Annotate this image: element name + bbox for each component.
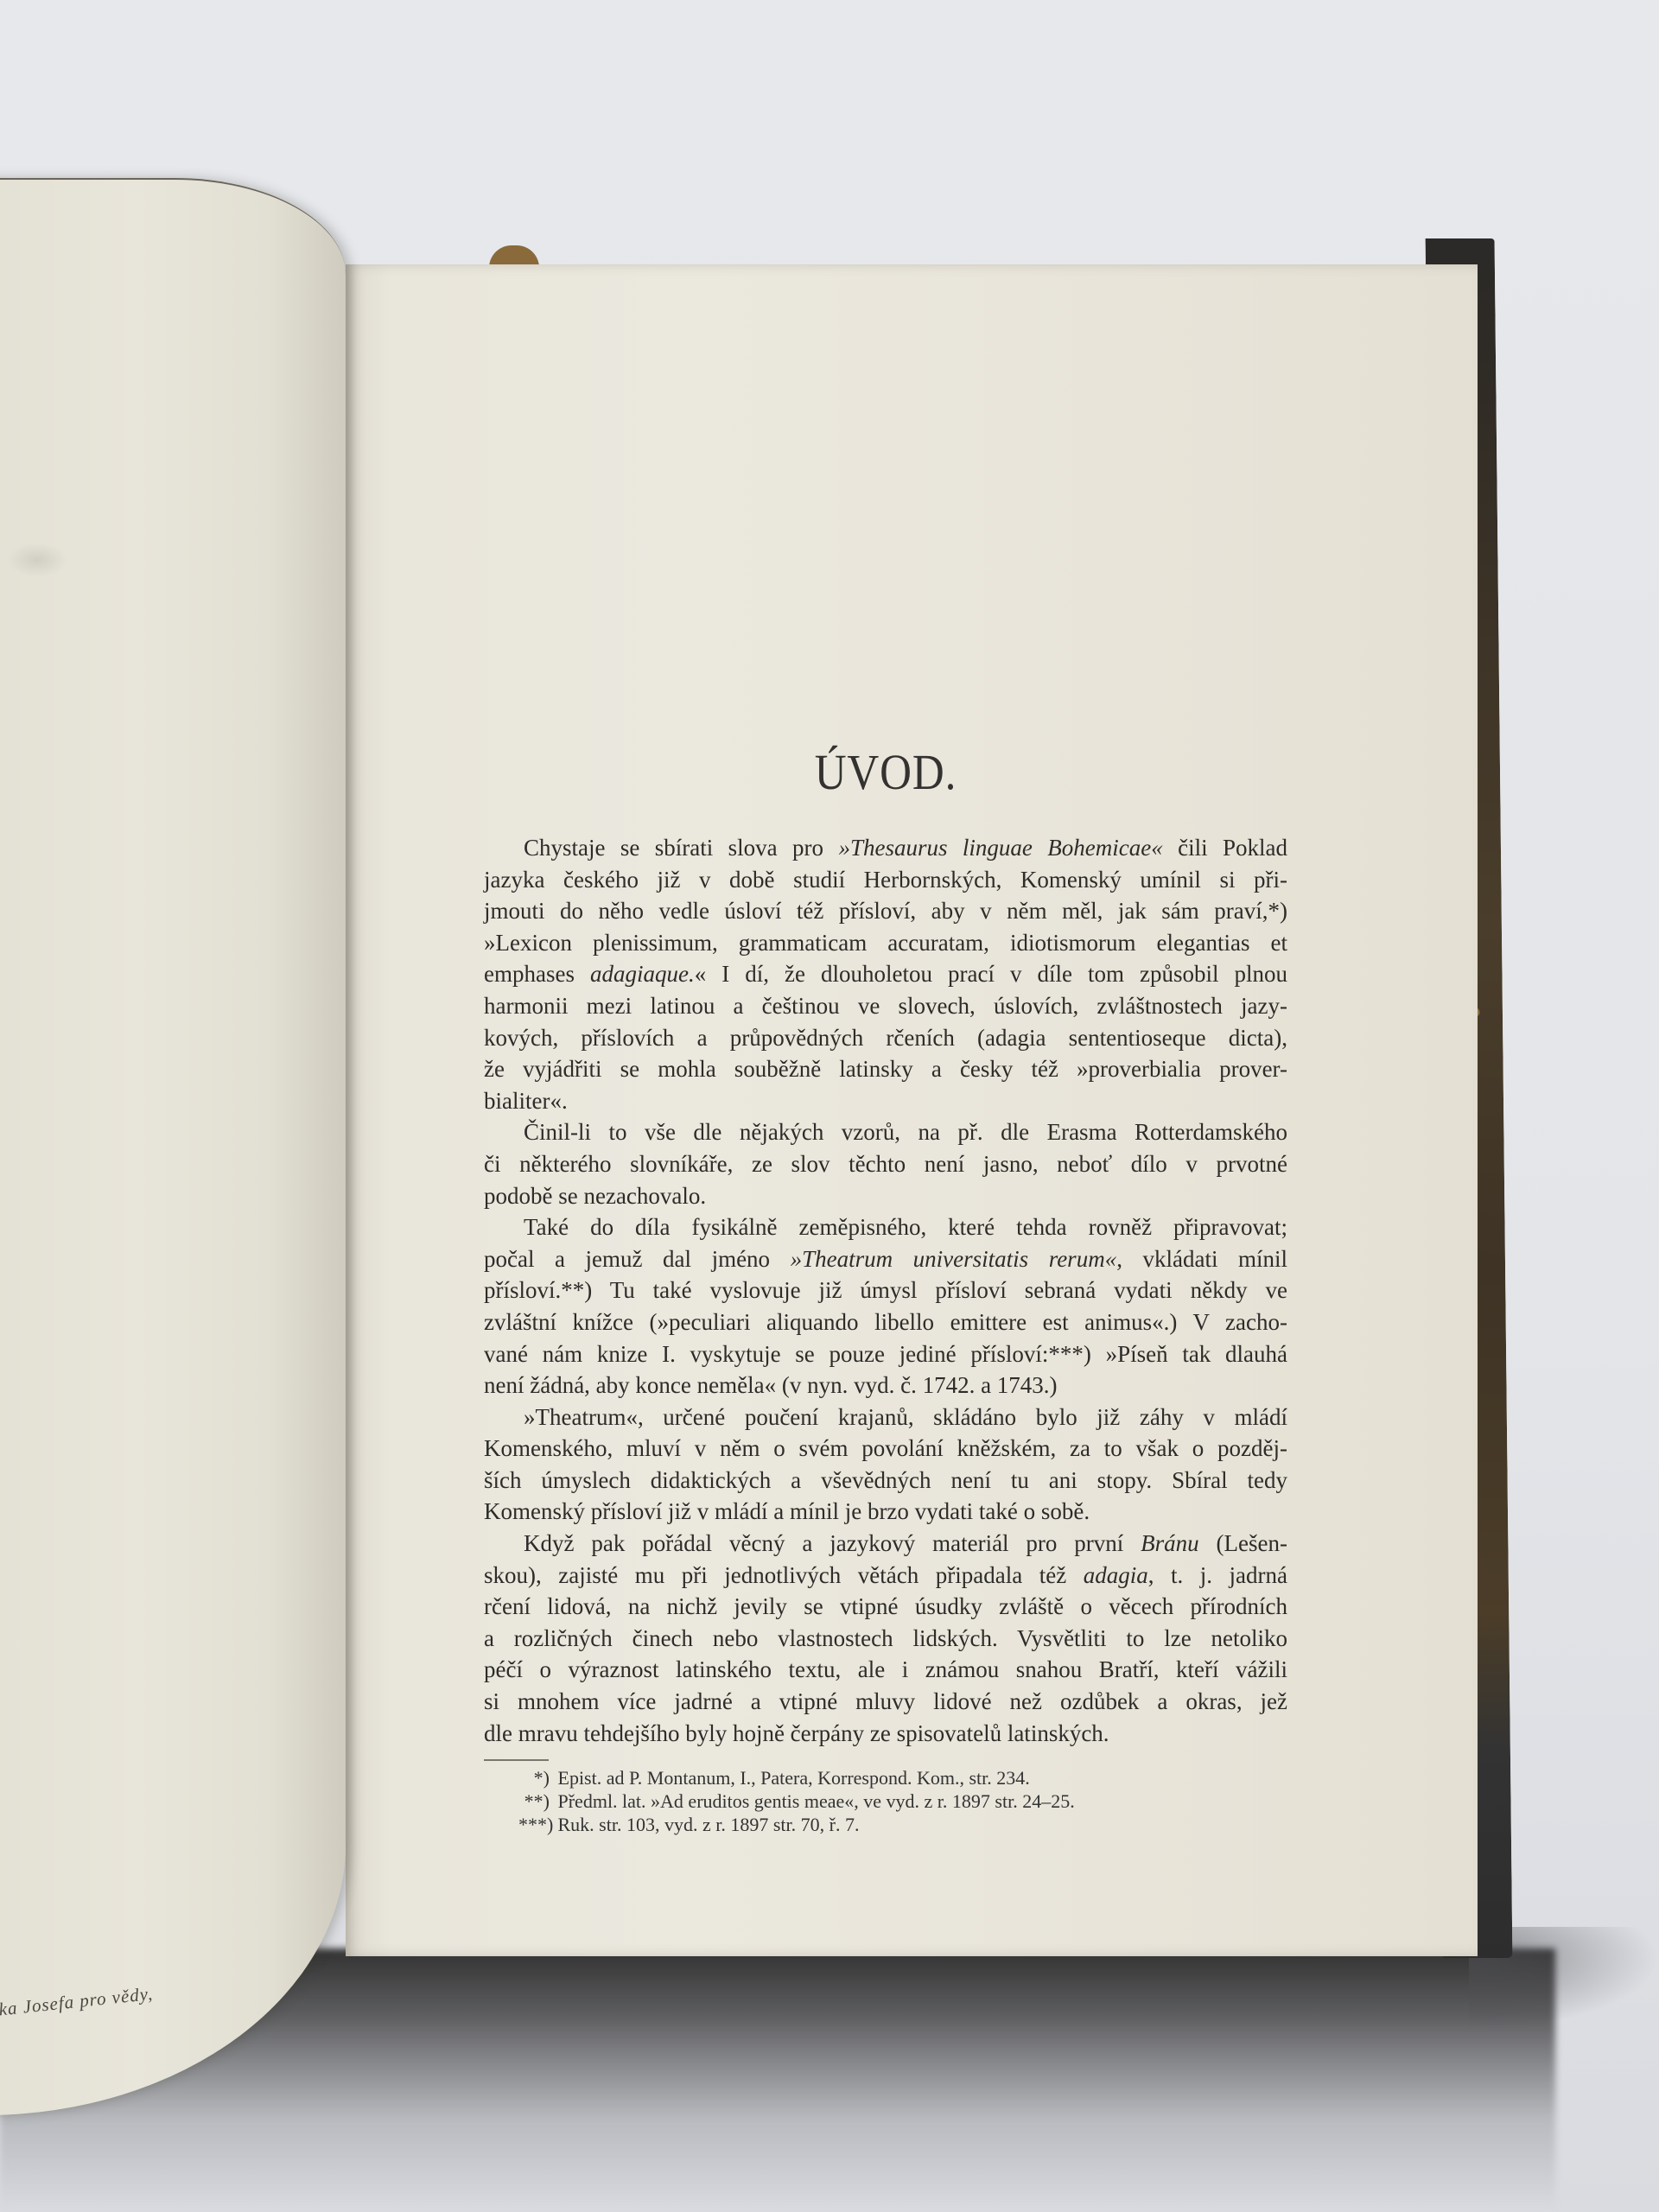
paragraph: Když pak pořádal věcný a jazykový materi… — [484, 1528, 1287, 1749]
text-line: emphases adagiaque.« I dí, že dlouholeto… — [484, 958, 1287, 990]
text-line: Když pak pořádal věcný a jazykový materi… — [484, 1528, 1287, 1560]
text-line: není žádná, aby konce neměla« (v nyn. vy… — [484, 1370, 1287, 1402]
italic-phrase: »Theatrum universitatis rerum« — [791, 1246, 1117, 1272]
footnote-mark: *) — [518, 1766, 550, 1789]
page-title: ÚVOD. — [532, 743, 1239, 801]
text-line: přísloví.**) Tu také vyslovuje již úmysl… — [484, 1274, 1287, 1306]
text-line: či některého slovníkáře, ze slov těchto … — [484, 1148, 1287, 1180]
text-line: podobě se nezachovalo. — [484, 1180, 1287, 1212]
introduction-text-block: ÚVOD. Chystaje se sbírati slova pro »The… — [484, 743, 1287, 1836]
italic-phrase: adagiaque. — [590, 961, 695, 987]
italic-phrase: adagia — [1084, 1562, 1148, 1588]
text-line: jazyka českého již v době studií Herborn… — [484, 864, 1287, 896]
left-page: ntiška Josefa pro vědy, — [0, 178, 346, 2115]
text-line: Komenský přísloví již v mládí a mínil je… — [484, 1496, 1287, 1528]
footnote-text: Epist. ad P. Montanum, I., Patera, Korre… — [553, 1767, 1030, 1789]
text-line: a rozličných činech nebo vlastnostech li… — [484, 1623, 1287, 1655]
italic-phrase: »Thesaurus linguae Bohemicae« — [838, 835, 1162, 861]
text-line: bialiter«. — [484, 1085, 1287, 1117]
text-line: že vyjádřiti se mohla souběžně latinsky … — [484, 1053, 1287, 1085]
text-line: Také do díla fysikálně zeměpisného, kter… — [484, 1211, 1287, 1243]
text-line: dle mravu tehdejšího byly hojně čerpány … — [484, 1718, 1287, 1750]
text-line: si mnohem více jadrné a vtipné mluvy lid… — [484, 1686, 1287, 1718]
footnote-text: Předml. lat. »Ad eruditos gentis meae«, … — [553, 1790, 1075, 1812]
text-line: »Lexicon plenissimum, grammaticam accura… — [484, 927, 1287, 959]
text-line: péčí o výraznost latinského textu, ale i… — [484, 1654, 1287, 1686]
paragraph: Také do díla fysikálně zeměpisného, kter… — [484, 1211, 1287, 1402]
paragraph: Chystaje se sbírati slova pro »Thesaurus… — [484, 832, 1287, 1116]
footnote-mark: **) — [518, 1789, 550, 1813]
text-line: ších úmyslech didaktických a vševědných … — [484, 1465, 1287, 1497]
text-line: Chystaje se sbírati slova pro »Thesaurus… — [484, 832, 1287, 864]
footnote-mark: ***) — [518, 1813, 550, 1836]
left-page-partial-text: ntiška Josefa pro vědy, — [0, 1983, 154, 2024]
text-line: počal a jemuž dal jméno »Theatrum univer… — [484, 1243, 1287, 1275]
text-line: vané nám knize I. vyskytuje se pouze jed… — [484, 1338, 1287, 1370]
footnote-list: *) Epist. ad P. Montanum, I., Patera, Ko… — [484, 1766, 1287, 1836]
footnotes: *) Epist. ad P. Montanum, I., Patera, Ko… — [484, 1759, 1287, 1836]
show-through-mark — [7, 543, 67, 577]
text-line: zvláštní knížce (»peculiari aliquando li… — [484, 1306, 1287, 1338]
footnote-rule — [484, 1759, 549, 1761]
body-paragraphs: Chystaje se sbírati slova pro »Thesaurus… — [484, 832, 1287, 1749]
text-line: Činil-li to vše dle nějakých vzorů, na p… — [484, 1116, 1287, 1148]
text-line: rčení lidová, na nichž jevily se vtipné … — [484, 1591, 1287, 1623]
footnote: ***) Ruk. str. 103, vyd. z r. 1897 str. … — [484, 1813, 1287, 1836]
italic-phrase: Bránu — [1141, 1530, 1199, 1556]
paragraph: »Theatrum«, určené poučení krajanů, sklá… — [484, 1402, 1287, 1528]
footnote: *) Epist. ad P. Montanum, I., Patera, Ko… — [484, 1766, 1287, 1789]
text-line: harmonii mezi latinou a češtinou ve slov… — [484, 990, 1287, 1022]
text-line: jmouti do něho vedle úsloví též přísloví… — [484, 895, 1287, 927]
footnote: **) Předml. lat. »Ad eruditos gentis mea… — [484, 1789, 1287, 1813]
text-line: kových, příslovích a průpovědných rčeníc… — [484, 1022, 1287, 1054]
paragraph: Činil-li to vše dle nějakých vzorů, na p… — [484, 1116, 1287, 1211]
text-line: Komenského, mluví v něm o svém povolání … — [484, 1433, 1287, 1465]
text-line: skou), zajisté mu při jednotlivých větác… — [484, 1560, 1287, 1592]
text-line: »Theatrum«, určené poučení krajanů, sklá… — [484, 1402, 1287, 1433]
footnote-text: Ruk. str. 103, vyd. z r. 1897 str. 70, ř… — [553, 1814, 859, 1835]
